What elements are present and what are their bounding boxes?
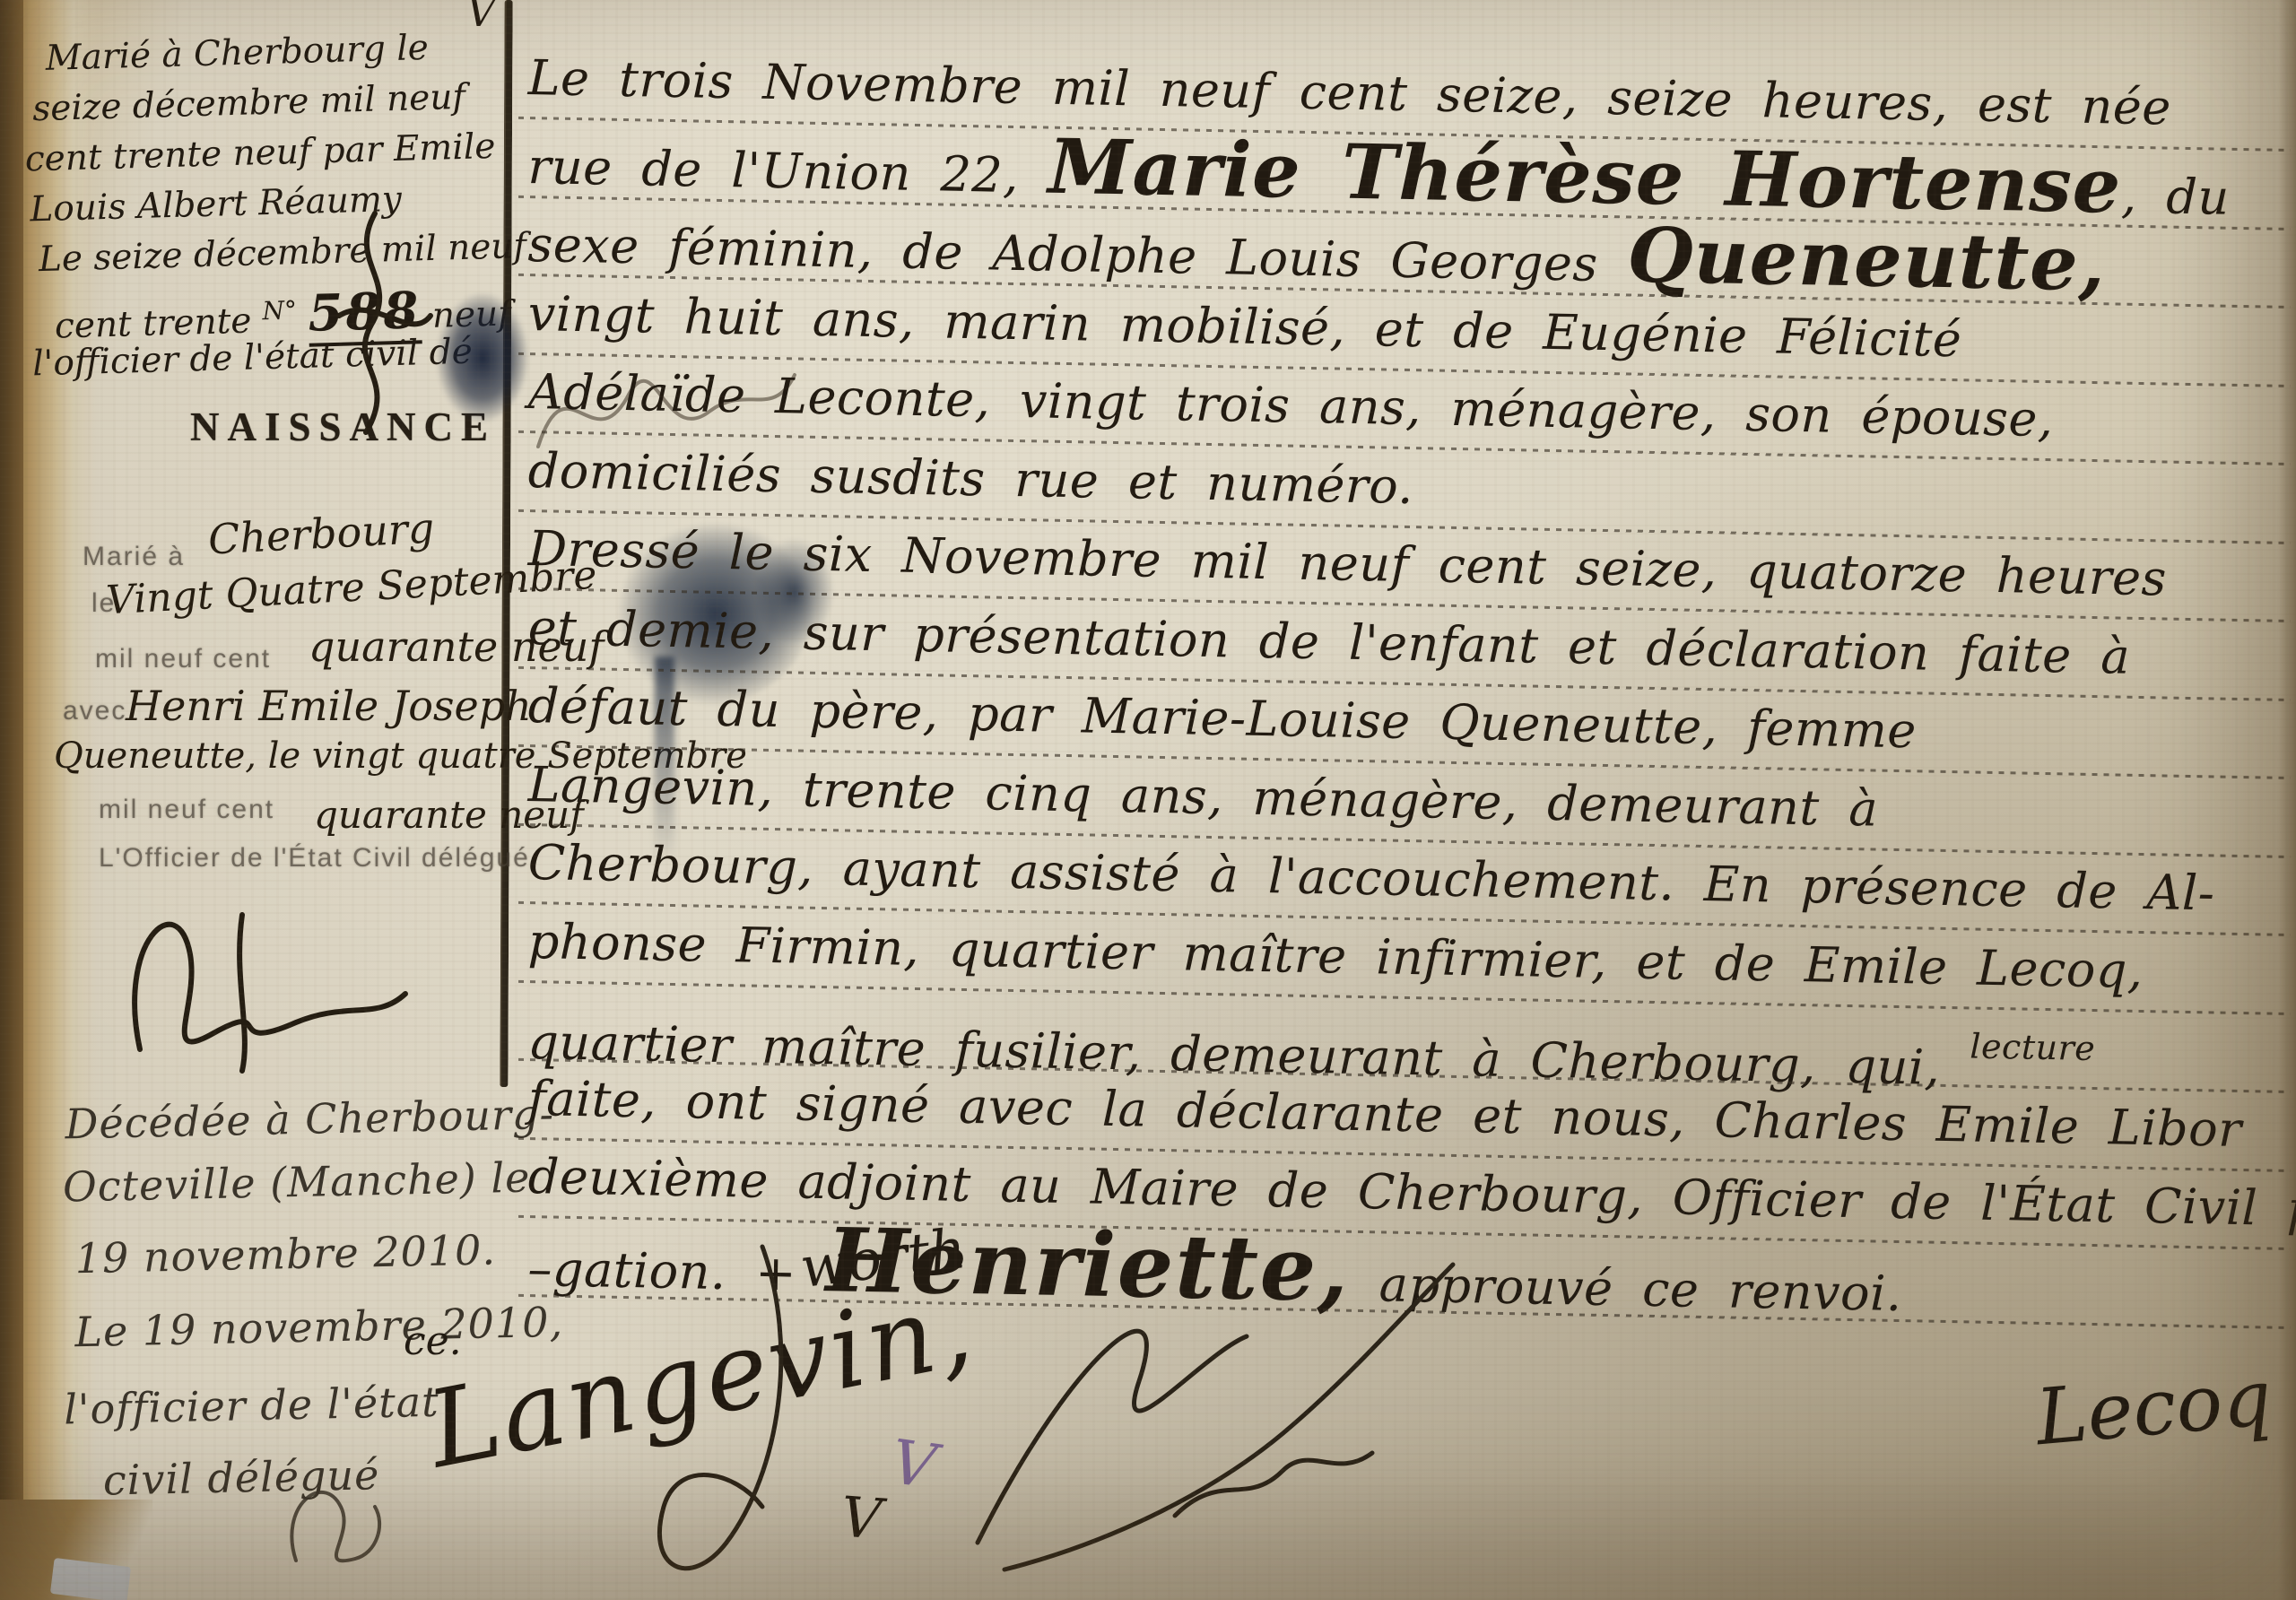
purple-check-mark: V [887,1427,941,1503]
stamp-printed-text: mil neuf cent [99,795,274,825]
margin-note-line: cent trente neuf par Emile [24,126,496,180]
stamp-handwritten-spouse: Henri Emile Joseph [126,682,532,730]
father-surname: Queneutte, [1627,210,2107,308]
margin-note-line: Marié à Cherbourg le [45,28,429,79]
stamp-printed-text: avec [63,696,126,726]
stamp-printed-text: Marié à [83,542,185,572]
margin-note-line: Le seize décembre mil neuf [38,226,526,280]
marriage-stamp-1949: Marié à Cherbourg le Vingt Quatre Septem… [54,513,556,899]
check-mark-top: V [466,0,496,36]
officier-paraph-flourish [312,208,438,441]
margin-note-death-2010: Décédée à Cherbourg- Octeville (Manche) … [45,1091,466,1531]
stamp-printed-text: mil neuf cent [95,644,271,674]
death-note-line: Décédée à Cherbourg- [65,1090,554,1148]
interline-insertion: lecture [1970,1026,2096,1068]
stamp-handwritten-place: Cherbourg [207,503,436,563]
signature-flourish-loop [628,1238,861,1596]
death-note-line: l'officier de l'état [64,1378,439,1434]
margin-note-line: seize décembre mil neuf [32,77,466,129]
signature-lecoq: Lecoq [2032,1353,2275,1464]
death-note-signature-flourish [269,1453,395,1587]
act-text: rue de l'Union 22, [527,138,1019,204]
death-note-line: Le 19 novembre 2010, [74,1298,564,1356]
numero-sign: N° [262,295,297,326]
death-note-line: Octeville (Manche) le [62,1153,530,1212]
bottom-left-paper-sliver [50,1558,131,1600]
death-note-line: 19 novembre 2010. [74,1225,496,1283]
ink-blot [436,292,529,423]
act-text: , du [2120,168,2230,226]
stamp-printed-officier: L'Officier de l'État Civil délégué [99,843,530,874]
book-spine-edge [0,0,23,1600]
renvoi-reference-mark: ce. [404,1318,462,1364]
birth-register-page-photo: Marié à Cherbourg le seize décembre mil … [0,0,2296,1600]
officer-signature-paraph [108,879,413,1076]
signature-firmin-scrawl [951,1247,1471,1596]
